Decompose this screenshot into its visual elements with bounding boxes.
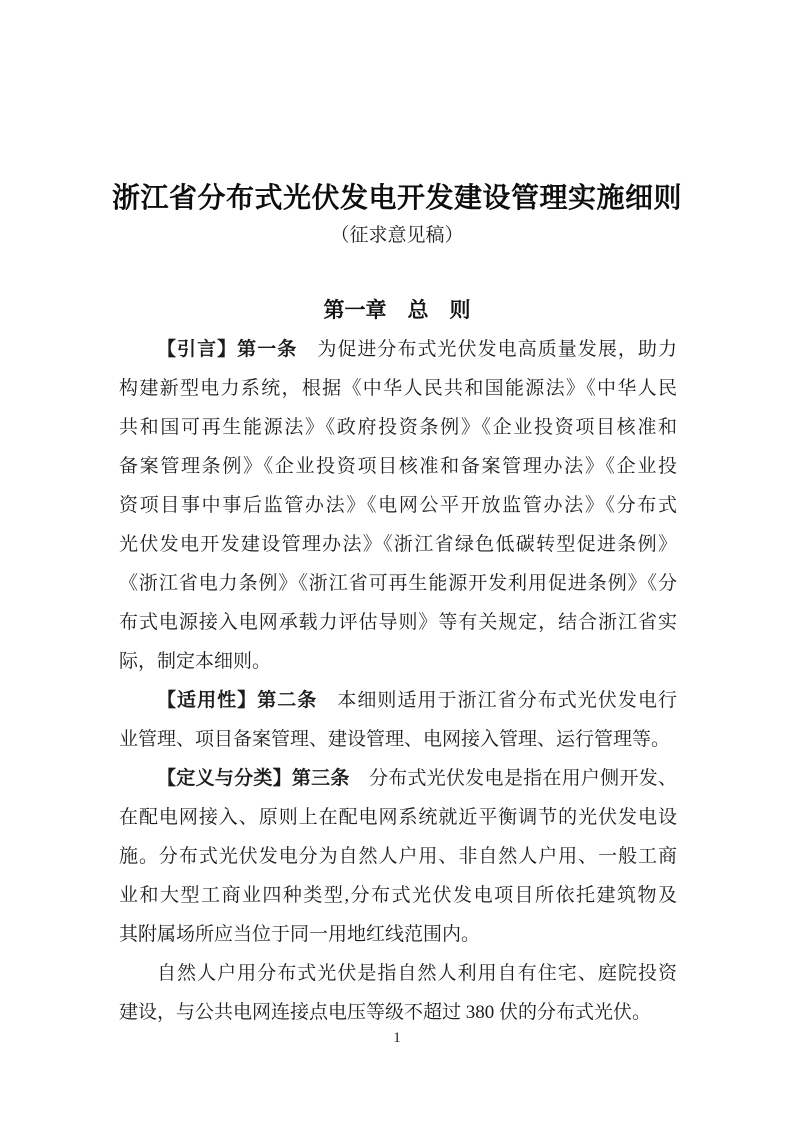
body-text: 光伏发电开发建设管理办法》《浙江省绿色低碳转型促进条例》 xyxy=(119,534,677,555)
body-text: 自然人户用分布式光伏是指自然人利用自有住宅、庭院投资 xyxy=(157,963,677,984)
body-line: 自然人户用分布式光伏是指自然人利用自有住宅、庭院投资 xyxy=(119,954,677,993)
body-text: 在配电网接入、原则上在配电网系统就近平衡调节的光伏发电设 xyxy=(119,807,677,828)
body-line: 【定义与分类】第三条 分布式光伏发电是指在用户侧开发、 xyxy=(119,759,677,798)
body-text: 《浙江省电力条例》《浙江省可再生能源开发利用促进条例》《分 xyxy=(119,573,677,594)
page-number: 1 xyxy=(0,1030,794,1047)
body-line: 施。分布式光伏发电分为自然人户用、非自然人户用、一般工商 xyxy=(119,837,677,876)
body-text: 本细则适用于浙江省分布式光伏发电行 xyxy=(337,690,677,711)
body-text: 备案管理条例》《企业投资项目核准和备案管理办法》《企业投 xyxy=(119,456,677,477)
body-text: 建设，与公共电网连接点电压等级不超过 380 伏的分布式光伏。 xyxy=(119,1002,651,1023)
body-text: 施。分布式光伏发电分为自然人户用、非自然人户用、一般工商 xyxy=(119,846,677,867)
body-text: 业和大型工商业四种类型,分布式光伏发电项目所依托建筑物及 xyxy=(119,885,677,906)
article-label: 【适用性】第二条 xyxy=(157,690,337,711)
body-text: 布式电源接入电网承载力评估导则》等有关规定，结合浙江省实 xyxy=(119,612,677,633)
document-title: 浙江省分布式光伏发电开发建设管理实施细则 xyxy=(0,176,794,216)
body-line: 《浙江省电力条例》《浙江省可再生能源开发利用促进条例》《分 xyxy=(119,564,677,603)
body-line: 【适用性】第二条 本细则适用于浙江省分布式光伏发电行 xyxy=(119,681,677,720)
document-subtitle: （征求意见稿） xyxy=(0,220,794,247)
article-label: 【引言】第一条 xyxy=(157,339,317,360)
body-line: 建设，与公共电网连接点电压等级不超过 380 伏的分布式光伏。 xyxy=(119,993,677,1032)
body-text: 共和国可再生能源法》《政府投资条例》《企业投资项目核准和 xyxy=(119,417,677,438)
body-line: 在配电网接入、原则上在配电网系统就近平衡调节的光伏发电设 xyxy=(119,798,677,837)
body-line: 【引言】第一条 为促进分布式光伏发电高质量发展，助力 xyxy=(119,330,677,369)
chapter-heading: 第一章 总 则 xyxy=(0,294,794,324)
document-page: 浙江省分布式光伏发电开发建设管理实施细则 （征求意见稿） 第一章 总 则 【引言… xyxy=(0,0,794,1122)
body-line: 构建新型电力系统，根据《中华人民共和国能源法》《中华人民 xyxy=(119,369,677,408)
body-line: 布式电源接入电网承载力评估导则》等有关规定，结合浙江省实 xyxy=(119,603,677,642)
body-line: 资项目事中事后监管办法》《电网公平开放监管办法》《分布式 xyxy=(119,486,677,525)
body-line: 光伏发电开发建设管理办法》《浙江省绿色低碳转型促进条例》 xyxy=(119,525,677,564)
article-label: 【定义与分类】第三条 xyxy=(157,768,369,789)
body-line: 备案管理条例》《企业投资项目核准和备案管理办法》《企业投 xyxy=(119,447,677,486)
body-text: 际，制定本细则。 xyxy=(119,651,271,672)
body-line: 业和大型工商业四种类型,分布式光伏发电项目所依托建筑物及 xyxy=(119,876,677,915)
body-line: 业管理、项目备案管理、建设管理、电网接入管理、运行管理等。 xyxy=(119,720,677,759)
body-text: 为促进分布式光伏发电高质量发展，助力 xyxy=(317,339,677,360)
body-line: 其附属场所应当位于同一用地红线范围内。 xyxy=(119,915,677,954)
body-text: 业管理、项目备案管理、建设管理、电网接入管理、运行管理等。 xyxy=(119,729,670,750)
body-text: 其附属场所应当位于同一用地红线范围内。 xyxy=(119,924,480,945)
body-line: 共和国可再生能源法》《政府投资条例》《企业投资项目核准和 xyxy=(119,408,677,447)
body-text: 分布式光伏发电是指在用户侧开发、 xyxy=(369,768,677,789)
document-body: 【引言】第一条 为促进分布式光伏发电高质量发展，助力构建新型电力系统，根据《中华… xyxy=(119,330,677,1032)
body-text: 构建新型电力系统，根据《中华人民共和国能源法》《中华人民 xyxy=(119,378,677,399)
body-line: 际，制定本细则。 xyxy=(119,642,677,681)
body-text: 资项目事中事后监管办法》《电网公平开放监管办法》《分布式 xyxy=(119,495,677,516)
